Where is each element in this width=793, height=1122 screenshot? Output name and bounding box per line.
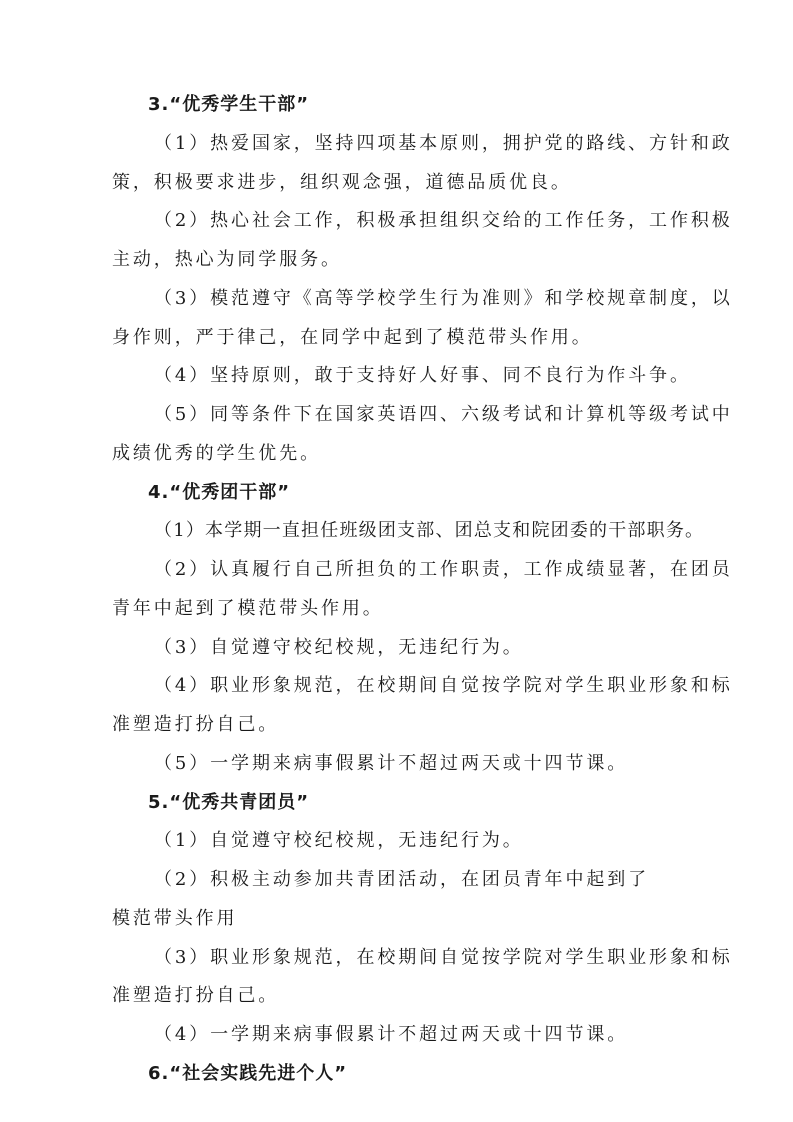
paragraph-line: 青年中起到了模范带头作用。 <box>112 590 702 629</box>
section-heading: 5.“优秀共青团员” <box>112 784 702 823</box>
paragraph-line: （2）积极主动参加共青团活动，在团员青年中起到了 <box>112 861 702 900</box>
paragraph-line: （4）职业形象规范，在校期间自觉按学院对学生职业形象和标 <box>112 667 702 706</box>
paragraph-line: 策，积极要求进步，组织观念强，道德品质优良。 <box>112 164 702 203</box>
document-page: 3.“优秀学生干部” （1）热爱国家，坚持四项基本原则，拥护党的路线、方针和政 … <box>112 86 702 1094</box>
paragraph-line: 模范带头作用 <box>112 900 702 939</box>
paragraph-line: （1）热爱国家，坚持四项基本原则，拥护党的路线、方针和政 <box>112 125 702 164</box>
paragraph-line: 成绩优秀的学生优先。 <box>112 435 702 474</box>
paragraph-line: （5）同等条件下在国家英语四、六级考试和计算机等级考试中 <box>112 396 702 435</box>
paragraph-line: 准塑造打扮自己。 <box>112 977 702 1016</box>
paragraph-line: （2）热心社会工作，积极承担组织交给的工作任务，工作积极 <box>112 202 702 241</box>
paragraph-line: （4）一学期来病事假累计不超过两天或十四节课。 <box>112 1016 702 1055</box>
paragraph-line: （3）模范遵守《高等学校学生行为准则》和学校规章制度，以 <box>112 280 702 319</box>
paragraph-line: （1）本学期一直担任班级团支部、团总支和院团委的干部职务。 <box>112 512 702 551</box>
paragraph-line: 主动，热心为同学服务。 <box>112 241 702 280</box>
paragraph-line: （3）职业形象规范，在校期间自觉按学院对学生职业形象和标 <box>112 939 702 978</box>
paragraph-line: （5）一学期来病事假累计不超过两天或十四节课。 <box>112 745 702 784</box>
section-heading: 3.“优秀学生干部” <box>112 86 702 125</box>
paragraph-line: （4）坚持原则，敢于支持好人好事、同不良行为作斗争。 <box>112 357 702 396</box>
section-heading: 4.“优秀团干部” <box>112 474 702 513</box>
section-heading: 6.“社会实践先进个人” <box>112 1055 702 1094</box>
paragraph-line: （2）认真履行自己所担负的工作职责，工作成绩显著，在团员 <box>112 551 702 590</box>
paragraph-line: 身作则，严于律己，在同学中起到了模范带头作用。 <box>112 319 702 358</box>
paragraph-line: 准塑造打扮自己。 <box>112 706 702 745</box>
paragraph-line: （3）自觉遵守校纪校规，无违纪行为。 <box>112 629 702 668</box>
paragraph-line: （1）自觉遵守校纪校规，无违纪行为。 <box>112 822 702 861</box>
